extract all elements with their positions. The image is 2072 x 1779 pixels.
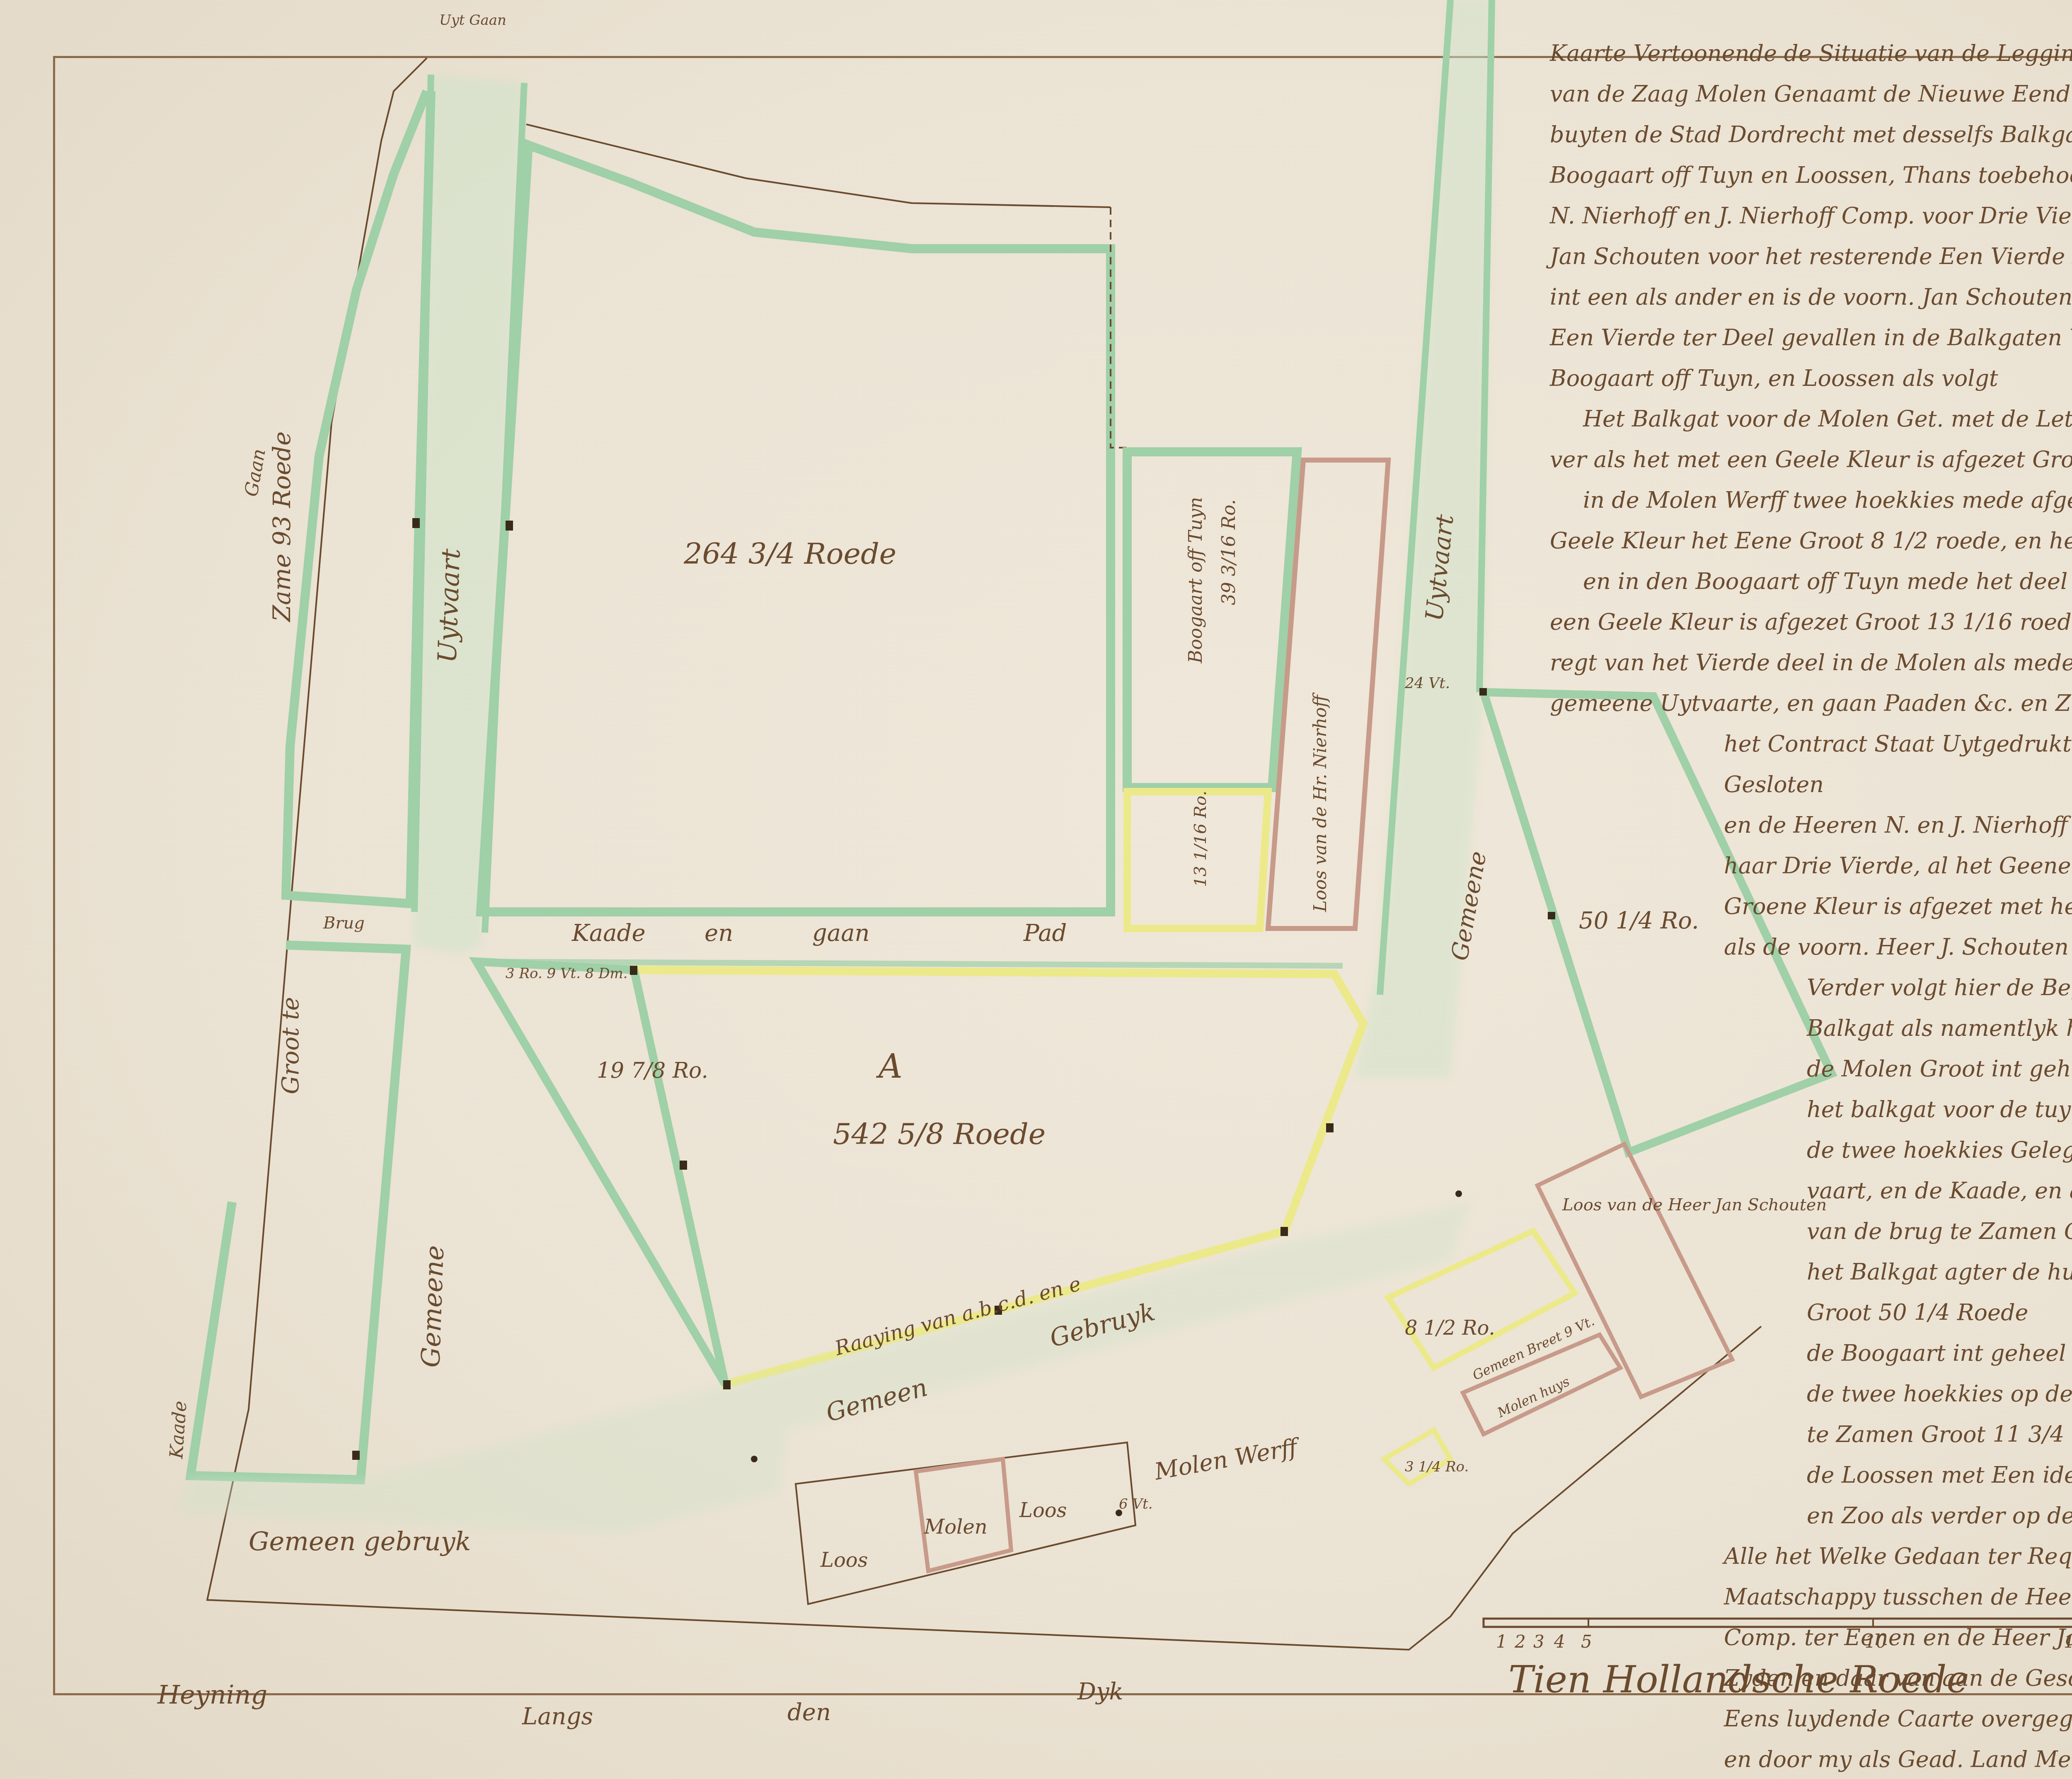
label-left-strip-lower: Groot te bbox=[277, 997, 304, 1094]
label-en: en bbox=[704, 920, 733, 947]
legend-title-line: van de Zaag Molen Genaamt de Nieuwe Eend… bbox=[1550, 74, 2072, 114]
label-heyning: Heyning bbox=[157, 1680, 267, 1710]
legend-body-line: Gesloten bbox=[1550, 764, 2072, 805]
label-kaade: Kaade bbox=[571, 920, 646, 947]
legend-title-line: int een als ander en is de voorn. Jan Sc… bbox=[1550, 277, 2072, 318]
legend-tally-line: de twee hoekkies op de Molen Werff bbox=[1550, 1374, 2072, 1414]
legend-body-line: in de Molen Werff twee hoekkies mede afg… bbox=[1550, 480, 2072, 521]
scale-tick-1: 1 bbox=[1496, 1631, 1507, 1652]
scale-tick-3: 3 bbox=[1533, 1631, 1544, 1652]
legend-tally-line: Groot 50 1/4 Roede bbox=[1550, 1292, 2072, 1333]
label-gemeen-gebruyk-lower: Gemeen gebruyk bbox=[249, 1526, 471, 1556]
label-gemeene-left: Gemeene bbox=[415, 1245, 450, 1368]
legend-tally-line: Balkgat als namentlyk het balkgat voor bbox=[1550, 1008, 2072, 1049]
label-loos-right: Loos bbox=[1019, 1499, 1067, 1522]
label-boogaart-area: 39 3/16 Ro. bbox=[1218, 499, 1239, 605]
legend-title-line: buyten de Stad Dordrecht met desselfs Ba… bbox=[1550, 114, 2072, 155]
legend-title-line: Een Vierde ter Deel gevallen in de Balkg… bbox=[1550, 318, 2072, 358]
legend-title-line: Boogaart off Tuyn, en Loossen als volgt bbox=[1550, 358, 2072, 399]
label-gaan-left: Gaan bbox=[241, 447, 270, 498]
legend-body-line: gemeene Uytvaarte, en gaan Paaden &c. en… bbox=[1550, 683, 2072, 724]
legend-nierhoff-line: als de voorn. Heer J. Schouten bbox=[1550, 927, 2072, 967]
label-molen: Molen bbox=[924, 1515, 988, 1539]
legend-body-line: een Geele Kleur is afgezet Groot 13 1/16… bbox=[1550, 602, 2072, 642]
legend-title-line: Boogaart off Tuyn en Loossen, Thans toeb… bbox=[1550, 155, 2072, 196]
label-loos-left: Loos bbox=[820, 1549, 868, 1572]
legend-attestation-line: Alle het Welke Gedaan ter Requisitie van… bbox=[1550, 1536, 2072, 1577]
gaan-pad-outline bbox=[526, 124, 1111, 207]
label-triangle-dims: 3 Ro. 9 Vt. 8 Dm. bbox=[506, 965, 628, 982]
label-main-plot-area: 264 3/4 Roede bbox=[683, 537, 896, 571]
legend-nierhoff-line: Groene Kleur is afgezet met het andere r… bbox=[1550, 886, 2072, 927]
legend-tally-line: de Boogaart int geheel Groot 52 1/4 Ro. bbox=[1550, 1333, 2072, 1374]
label-kaade-left: Kaade bbox=[166, 1400, 191, 1460]
label-dyk: Dyk bbox=[1077, 1678, 1123, 1705]
triangle-plot-19-roede bbox=[477, 962, 725, 1384]
label-molen-werff: Molen Werff bbox=[1152, 1433, 1303, 1486]
label-uytvaart-left: Uytvaart bbox=[432, 548, 466, 663]
label-left-strip: Zame 93 Roede bbox=[268, 431, 296, 623]
legend-tally-line: en Zoo als verder op de Caart te Zien is bbox=[1550, 1495, 2072, 1536]
label-gaan: gaan bbox=[812, 920, 870, 947]
legend-text-block: Kaarte Vertoonende de Situatie van de Le… bbox=[1550, 33, 2072, 1779]
legend-nierhoff-line: en de Heeren N. en J. Nierhoff in Comp. … bbox=[1550, 805, 2072, 846]
legend-attestation-line: en door my als Gead. Land Meeter Jan Wap… bbox=[1550, 1739, 2072, 1779]
main-plot-264-roede bbox=[481, 145, 1111, 912]
legend-body-line: het Contract Staat Uytgedrukt tusschen d… bbox=[1550, 724, 2072, 764]
legend-title-line: N. Nierhoff en J. Nierhoff Comp. voor Dr… bbox=[1550, 196, 2072, 236]
label-uyt-gaan: Uyt Gaan bbox=[439, 12, 506, 29]
legend-tally-line: het Balkgat agter de huysen bbox=[1550, 1252, 2072, 1292]
label-6vt: 6 Vt. bbox=[1119, 1496, 1152, 1512]
legend-body-line: ver als het met een Geele Kleur is afgez… bbox=[1550, 439, 2072, 480]
legend-tally-line: van de brug te Zamen Groot 93 roede bbox=[1550, 1211, 2072, 1252]
label-tiny-yellow-area: 3 1/4 Ro. bbox=[1405, 1459, 1469, 1475]
left-strip-plot-upper bbox=[286, 91, 431, 904]
legend-nierhoff-line: haar Drie Vierde, al het Geene met Een bbox=[1550, 846, 2072, 886]
label-boogaart: Boogaart off Tuyn bbox=[1185, 497, 1206, 664]
legend-tally-line: het balkgat voor de tuyn Groot 264 3/4 R… bbox=[1550, 1089, 2072, 1130]
legend-tally-line: de Loossen met Een ider Zyn naam get. bbox=[1550, 1455, 2072, 1495]
label-brug: Brug bbox=[323, 914, 365, 933]
legend-body-line: en in den Boogaart off Tuyn mede het dee… bbox=[1550, 561, 2072, 602]
legend-body-line: Geele Kleur het Eene Groot 8 1/2 roede, … bbox=[1550, 521, 2072, 561]
legend-attestation-line: Eens luydende Caarte overgegeven op den … bbox=[1550, 1699, 2072, 1739]
label-plot-a-letter: A bbox=[876, 1047, 903, 1086]
scale-bar-label: Tien Hollandsche Roede bbox=[1508, 1658, 1969, 1701]
legend-tally-line: vaart, en de Kaade, en aan Weerszyde bbox=[1550, 1171, 2072, 1211]
legend-body-line: regt van het Vierde deel in de Molen als… bbox=[1550, 642, 2072, 683]
scale-tick-2: 2 bbox=[1514, 1631, 1526, 1652]
legend-attestation-line: Comp. ter Eenen en de Heer Jan Schouten … bbox=[1550, 1617, 2072, 1658]
legend-title-line: Jan Schouten voor het resterende Een Vie… bbox=[1550, 236, 2072, 277]
legend-tally-line: de twee hoekkies Gelegen tusschen de Uyt… bbox=[1550, 1130, 2072, 1171]
label-loos-nierhoff: Loos van de Hr. Nierhoff bbox=[1310, 692, 1330, 912]
molen-building bbox=[916, 1459, 1011, 1571]
label-boogaart-yellow-area: 13 1/16 Ro. bbox=[1191, 791, 1210, 887]
label-langs: Langs bbox=[522, 1703, 593, 1730]
label-plot-a-area: 542 5/8 Roede bbox=[833, 1117, 1046, 1151]
tiny-yellow-plot-3-roede bbox=[1384, 1430, 1450, 1484]
boogaart-tuyn-plot bbox=[1127, 452, 1297, 788]
legend-tally-line: de Molen Groot int geheel 562 2/8 roede bbox=[1550, 1049, 2072, 1089]
legend-tally-line: Verder volgt hier de Begrooting van ider bbox=[1550, 967, 2072, 1008]
legend-attestation-line: Maatschappy tusschen de Heeren N. Nierho… bbox=[1550, 1577, 2072, 1617]
legend-tally-line: te Zamen Groot 11 3/4 roede, en verder bbox=[1550, 1414, 2072, 1455]
label-24vt: 24 Vt. bbox=[1404, 675, 1450, 692]
label-den: den bbox=[787, 1699, 831, 1726]
legend-attestation-text: en door my als Gead. Land Meeter bbox=[1724, 1746, 2072, 1772]
label-triangle-area: 19 7/8 Ro. bbox=[597, 1058, 708, 1083]
label-pad: Pad bbox=[1023, 920, 1067, 947]
legend-title-line: Kaarte Vertoonende de Situatie van de Le… bbox=[1550, 33, 2072, 74]
legend-body-line: Het Balkgat voor de Molen Get. met de Le… bbox=[1550, 399, 2072, 439]
label-small-yellow-area: 8 1/2 Ro. bbox=[1405, 1316, 1495, 1340]
